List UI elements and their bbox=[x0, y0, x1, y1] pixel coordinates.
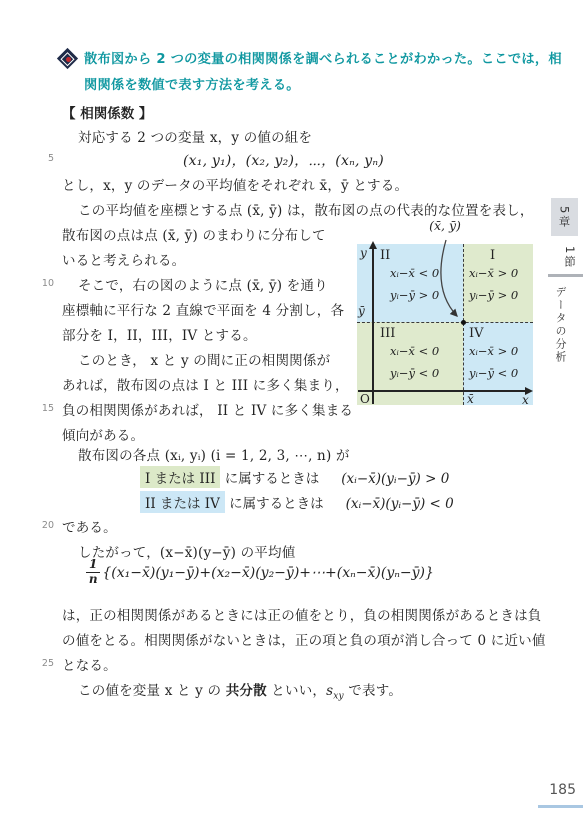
margin-line-number-5: 5 bbox=[36, 153, 54, 164]
quadrant-iv-expr-y: yᵢ−ȳ < 0 bbox=[469, 366, 518, 380]
body-line: このとき， x と y の間に正の相関関係が bbox=[78, 351, 330, 371]
y-mean-label: ȳ bbox=[358, 304, 365, 318]
covariance-mean-formula: 1 n {(x₁−x̄)(y₁−ȳ)+(x₂−x̄)(y₂−ȳ)+⋯+(xₙ−x… bbox=[86, 558, 434, 587]
x-axis-label: x bbox=[522, 393, 529, 407]
textbook-page: 散布図から 2 つの変量の相関関係を調べられることがわかった。ここでは，相 関関… bbox=[0, 0, 583, 827]
section-heading: 【 相関係数 】 bbox=[62, 102, 152, 122]
quadrant-iii-expr-y: yᵢ−ȳ < 0 bbox=[390, 366, 439, 380]
quadrant-diagram: (x̄, ȳ) y ȳ O x̄ x II xᵢ−x̄ < 0 yᵢ−ȳ > 0… bbox=[350, 216, 540, 412]
section-tab: 1節 bbox=[551, 246, 578, 269]
quadrant-set-label-green: I または III bbox=[140, 466, 220, 488]
quadrant-iii-name: III bbox=[380, 326, 395, 341]
quadrant-iv-name: IV bbox=[469, 326, 484, 341]
body-line: 散布図の点は点 (x̄, ȳ) のまわりに分布して bbox=[62, 226, 326, 246]
unit-title-vertical: データの分析 bbox=[552, 286, 568, 416]
body-line: あれば，散布図の点は I と III に多く集まり， bbox=[62, 376, 349, 396]
body-line: 散布図の各点 (xᵢ, yᵢ) (i = 1, 2, 3, ⋯, n) が bbox=[78, 446, 350, 466]
body-line: である。 bbox=[62, 518, 117, 538]
margin-line-number-25: 25 bbox=[36, 658, 54, 669]
condition-row-positive: I または III に属するときは(xᵢ−x̄)(yᵢ−ȳ) > 0 bbox=[140, 466, 449, 488]
tab-divider bbox=[548, 274, 583, 277]
formula-body: {(x₁−x̄)(y₁−ȳ)+(x₂−x̄)(y₂−ȳ)+⋯+(xₙ−x̄)(y… bbox=[102, 565, 434, 581]
condition-row-negative: II または IV に属するときは(xᵢ−x̄)(yᵢ−ȳ) < 0 bbox=[140, 491, 454, 513]
body-line: の値をとる。相関関係がないときは，正の項と負の項が消し合って 0 に近い値 bbox=[62, 631, 546, 651]
pairs-formula: (x₁, y₁)，(x₂, y₂)，⋯，(xₙ, yₙ) bbox=[183, 151, 384, 171]
y-axis-label: y bbox=[360, 246, 367, 260]
body-line: 座標軸に平行な 2 直線で平面を 4 分割し，各 bbox=[62, 301, 344, 321]
page-number-rule bbox=[538, 805, 583, 808]
condition-expression: (xᵢ−x̄)(yᵢ−ȳ) < 0 bbox=[346, 496, 454, 512]
margin-line-number-15: 15 bbox=[36, 403, 54, 414]
body-line: いると考えられる。 bbox=[62, 251, 185, 271]
quadrant-i-expr-y: yᵢ−ȳ > 0 bbox=[469, 288, 518, 302]
x-axis bbox=[358, 390, 527, 392]
intro-line-2: 関関係を数値で表す方法を考える。 bbox=[84, 74, 300, 93]
text-part: この値を変量 x と y の bbox=[78, 683, 226, 699]
quadrant-iii-expr-x: xᵢ−x̄ < 0 bbox=[390, 344, 439, 358]
quadrant-ii-name: II bbox=[380, 248, 390, 263]
horizontal-dashed-line bbox=[357, 322, 533, 323]
condition-expression: (xᵢ−x̄)(yᵢ−ȳ) > 0 bbox=[341, 471, 449, 487]
text-part: で表す。 bbox=[344, 683, 402, 699]
x-mean-label: x̄ bbox=[467, 392, 474, 406]
mean-point-dot bbox=[461, 320, 467, 326]
body-line: 対応する 2 つの変量 x，y の値の組を bbox=[78, 128, 312, 148]
y-axis-arrowhead bbox=[369, 241, 377, 249]
fraction-one-over-n: 1 n bbox=[86, 558, 100, 587]
condition-mid-text: に属するときは bbox=[220, 471, 319, 487]
body-line: となる。 bbox=[62, 656, 117, 676]
symbol-s-subscript: xy bbox=[333, 692, 344, 702]
covariance-definition-line: この値を変量 x と y の 共分散 といい，sxy で表す。 bbox=[78, 681, 402, 707]
origin-label: O bbox=[360, 392, 370, 406]
body-line: 部分を I，II，III，IV とする。 bbox=[62, 326, 257, 346]
body-line: とし，x，y のデータの平均値をそれぞれ x̄，ȳ とする。 bbox=[62, 176, 408, 196]
fraction-denominator: n bbox=[89, 573, 98, 587]
body-line: は，正の相関関係があるときには正の値をとり，負の相関関係があるときは負 bbox=[62, 606, 542, 626]
diamond-center-dot bbox=[66, 57, 71, 62]
covariance-term: 共分散 bbox=[226, 683, 267, 699]
margin-line-number-10: 10 bbox=[36, 278, 54, 289]
intro-line-1: 散布図から 2 つの変量の相関関係を調べられることがわかった。ここでは，相 bbox=[84, 48, 562, 67]
margin-line-number-20: 20 bbox=[36, 520, 54, 531]
body-line: 傾向がある。 bbox=[62, 426, 144, 446]
mean-point-label: (x̄, ȳ) bbox=[412, 218, 478, 233]
quadrant-iv-expr-x: xᵢ−x̄ > 0 bbox=[469, 344, 518, 358]
quadrant-i-expr-x: xᵢ−x̄ > 0 bbox=[469, 266, 518, 280]
body-line: 負の相関関係があれば， II と IV に多く集まる bbox=[62, 401, 353, 421]
page-number: 185 bbox=[540, 782, 576, 798]
fraction-numerator: 1 bbox=[86, 558, 100, 573]
chapter-tab: 5章 bbox=[551, 198, 578, 236]
quadrant-i-region bbox=[463, 244, 533, 322]
quadrant-ii-expr-x: xᵢ−x̄ < 0 bbox=[390, 266, 439, 280]
body-line: そこで，右の図のように点 (x̄, ȳ) を通り bbox=[78, 276, 328, 296]
quadrant-set-label-blue: II または IV bbox=[140, 491, 225, 513]
y-axis bbox=[372, 247, 374, 404]
condition-mid-text: に属するときは bbox=[225, 496, 324, 512]
text-part: といい， bbox=[267, 683, 326, 699]
quadrant-i-name: I bbox=[490, 248, 495, 263]
quadrant-ii-expr-y: yᵢ−ȳ > 0 bbox=[390, 288, 439, 302]
section-diamond-icon bbox=[58, 49, 78, 69]
